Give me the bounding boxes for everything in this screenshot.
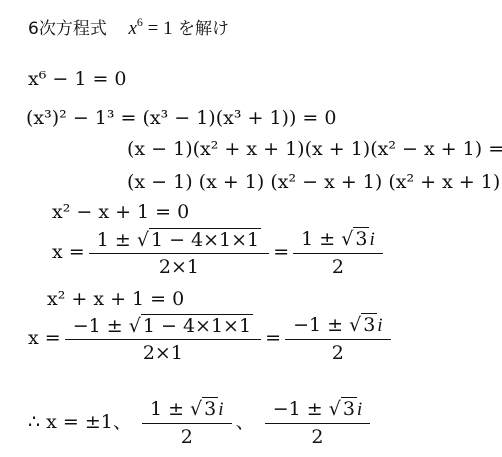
problem-title: 6次方程式 x6 = 1 を解け bbox=[28, 18, 229, 40]
fraction: −1 ± √3i 2 bbox=[289, 314, 387, 364]
title-suffix: を解け bbox=[178, 19, 229, 39]
answer-line: ∴ x = ±1、 1 ± √3i 2 、 −1 ± √3i 2 bbox=[28, 398, 368, 448]
equation-line-5: x² − x + 1 = 0 bbox=[52, 201, 189, 223]
equation-line-6: x = 1 ± √1 − 4×1×1 2×1 = 1 ± √3i 2 bbox=[52, 228, 381, 278]
equation-line-1: x⁶ − 1 = 0 bbox=[28, 68, 127, 90]
fraction: −1 ± √1 − 4×1×1 2×1 bbox=[69, 315, 257, 364]
title-equation: x6 = 1 bbox=[128, 18, 172, 39]
equation-line-7: x² + x + 1 = 0 bbox=[47, 288, 184, 310]
equation-line-4: (x − 1) (x + 1) (x² − x + 1) (x² + x + 1… bbox=[127, 171, 502, 193]
fraction: 1 ± √1 − 4×1×1 2×1 bbox=[93, 229, 265, 278]
fraction: 1 ± √3i 2 bbox=[297, 228, 379, 278]
equation-line-2: (x³)² − 1³ = (x³ − 1)(x³ + 1)) = 0 bbox=[26, 107, 336, 129]
equation-line-8: x = −1 ± √1 − 4×1×1 2×1 = −1 ± √3i 2 bbox=[28, 314, 389, 364]
equation-line-3: (x − 1)(x² + x + 1)(x + 1)(x² − x + 1) =… bbox=[127, 138, 502, 160]
fraction: 1 ± √3i 2 bbox=[146, 398, 228, 448]
fraction: −1 ± √3i 2 bbox=[269, 398, 367, 448]
title-text: 6次方程式 bbox=[28, 19, 107, 39]
